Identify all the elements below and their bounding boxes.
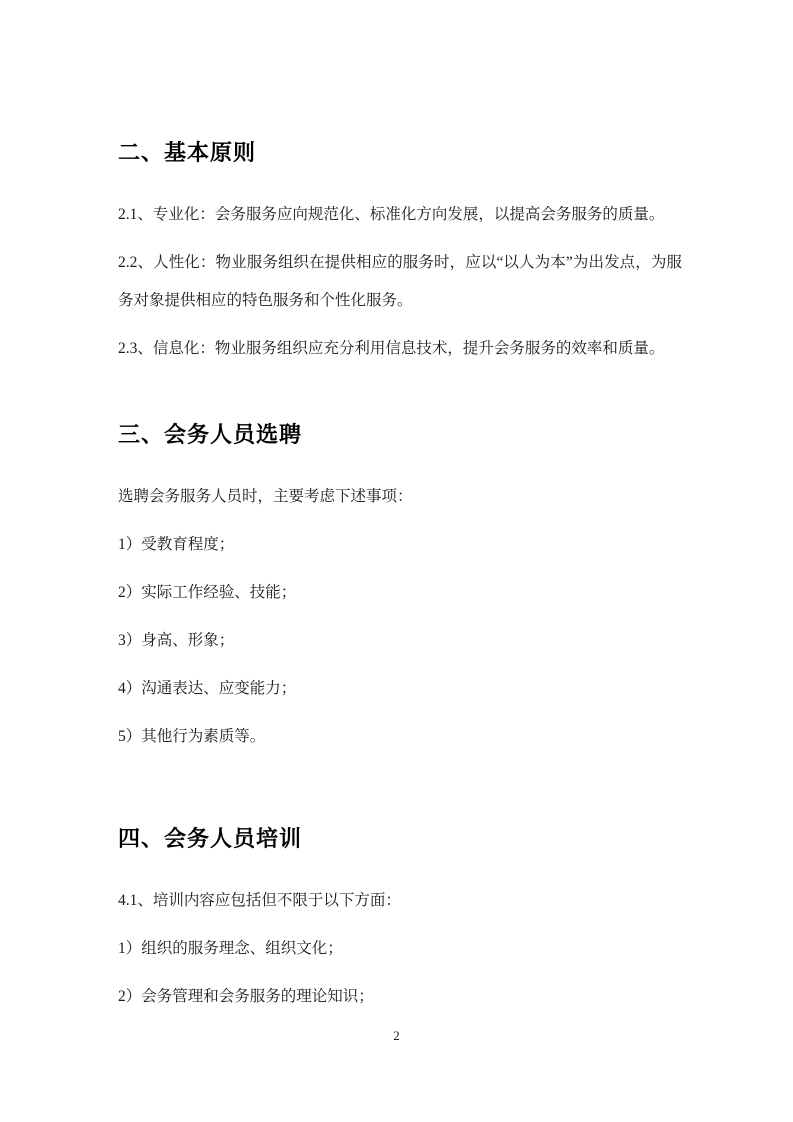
paragraph-informatization: 2.3、信息化：物业服务组织应充分利用信息技术，提升会务服务的效率和质量。 — [118, 330, 682, 368]
section-heading-personnel-training: 四、会务人员培训 — [118, 826, 682, 852]
list-item-education: 1）受教育程度； — [118, 526, 682, 564]
list-item-theory-knowledge: 2）会务管理和会务服务的理论知识； — [118, 978, 682, 1016]
paragraph-training-intro: 4.1、培训内容应包括但不限于以下方面： — [118, 882, 682, 920]
list-item-experience: 2）实际工作经验、技能； — [118, 574, 682, 612]
section-heading-personnel-selection: 三、会务人员选聘 — [118, 422, 682, 448]
list-item-communication: 4）沟通表达、应变能力； — [118, 670, 682, 708]
section-personnel-training: 四、会务人员培训 4.1、培训内容应包括但不限于以下方面： 1）组织的服务理念、… — [118, 826, 682, 1016]
section-personnel-selection: 三、会务人员选聘 选聘会务服务人员时，主要考虑下述事项： 1）受教育程度； 2）… — [118, 422, 682, 756]
paragraph-humanization: 2.2、人性化：物业服务组织在提供相应的服务时，应以“以人为本”为出发点，为服务… — [118, 244, 682, 320]
list-item-appearance: 3）身高、形象； — [118, 622, 682, 660]
list-item-service-philosophy: 1）组织的服务理念、组织文化； — [118, 930, 682, 968]
section-heading-basic-principles: 二、基本原则 — [118, 140, 682, 166]
section-basic-principles: 二、基本原则 2.1、专业化：会务服务应向规范化、标准化方向发展，以提高会务服务… — [118, 140, 682, 368]
paragraph-professionalization: 2.1、专业化：会务服务应向规范化、标准化方向发展，以提高会务服务的质量。 — [118, 196, 682, 234]
document-page: 二、基本原则 2.1、专业化：会务服务应向规范化、标准化方向发展，以提高会务服务… — [0, 0, 793, 1122]
paragraph-selection-intro: 选聘会务服务人员时，主要考虑下述事项： — [118, 478, 682, 516]
list-item-other-qualities: 5）其他行为素质等。 — [118, 718, 682, 756]
page-number: 2 — [0, 1028, 793, 1044]
